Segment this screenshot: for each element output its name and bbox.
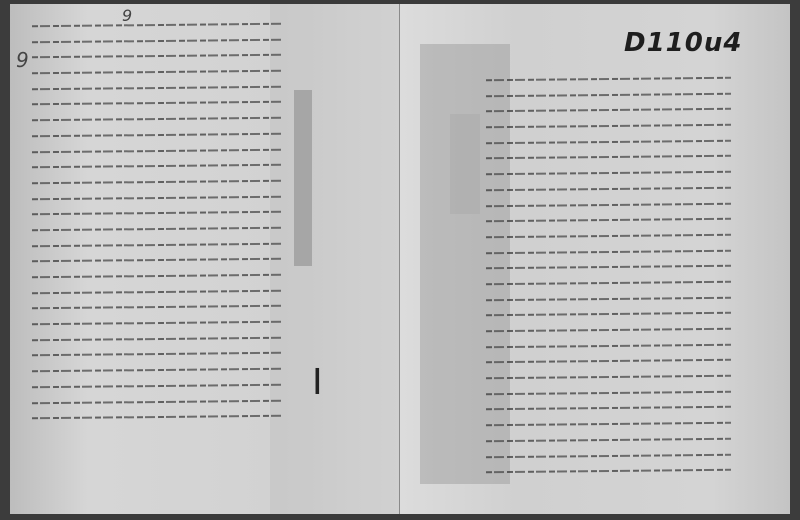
margin-folio-number: 9	[16, 48, 29, 72]
right-page	[400, 4, 790, 514]
scan-edge-left	[0, 0, 10, 520]
folio-number: 9	[122, 6, 132, 25]
paper-repair-patch	[450, 114, 480, 214]
left-text-block	[32, 24, 282, 432]
left-page	[10, 4, 400, 514]
margin-mark: I	[312, 362, 323, 403]
shelfmark-label: D110u4	[624, 28, 742, 58]
right-text-block	[486, 78, 731, 486]
water-stain	[270, 4, 400, 514]
scan-edge-right	[790, 0, 800, 520]
manuscript-scan: D110u4 9 9 I	[0, 0, 800, 520]
